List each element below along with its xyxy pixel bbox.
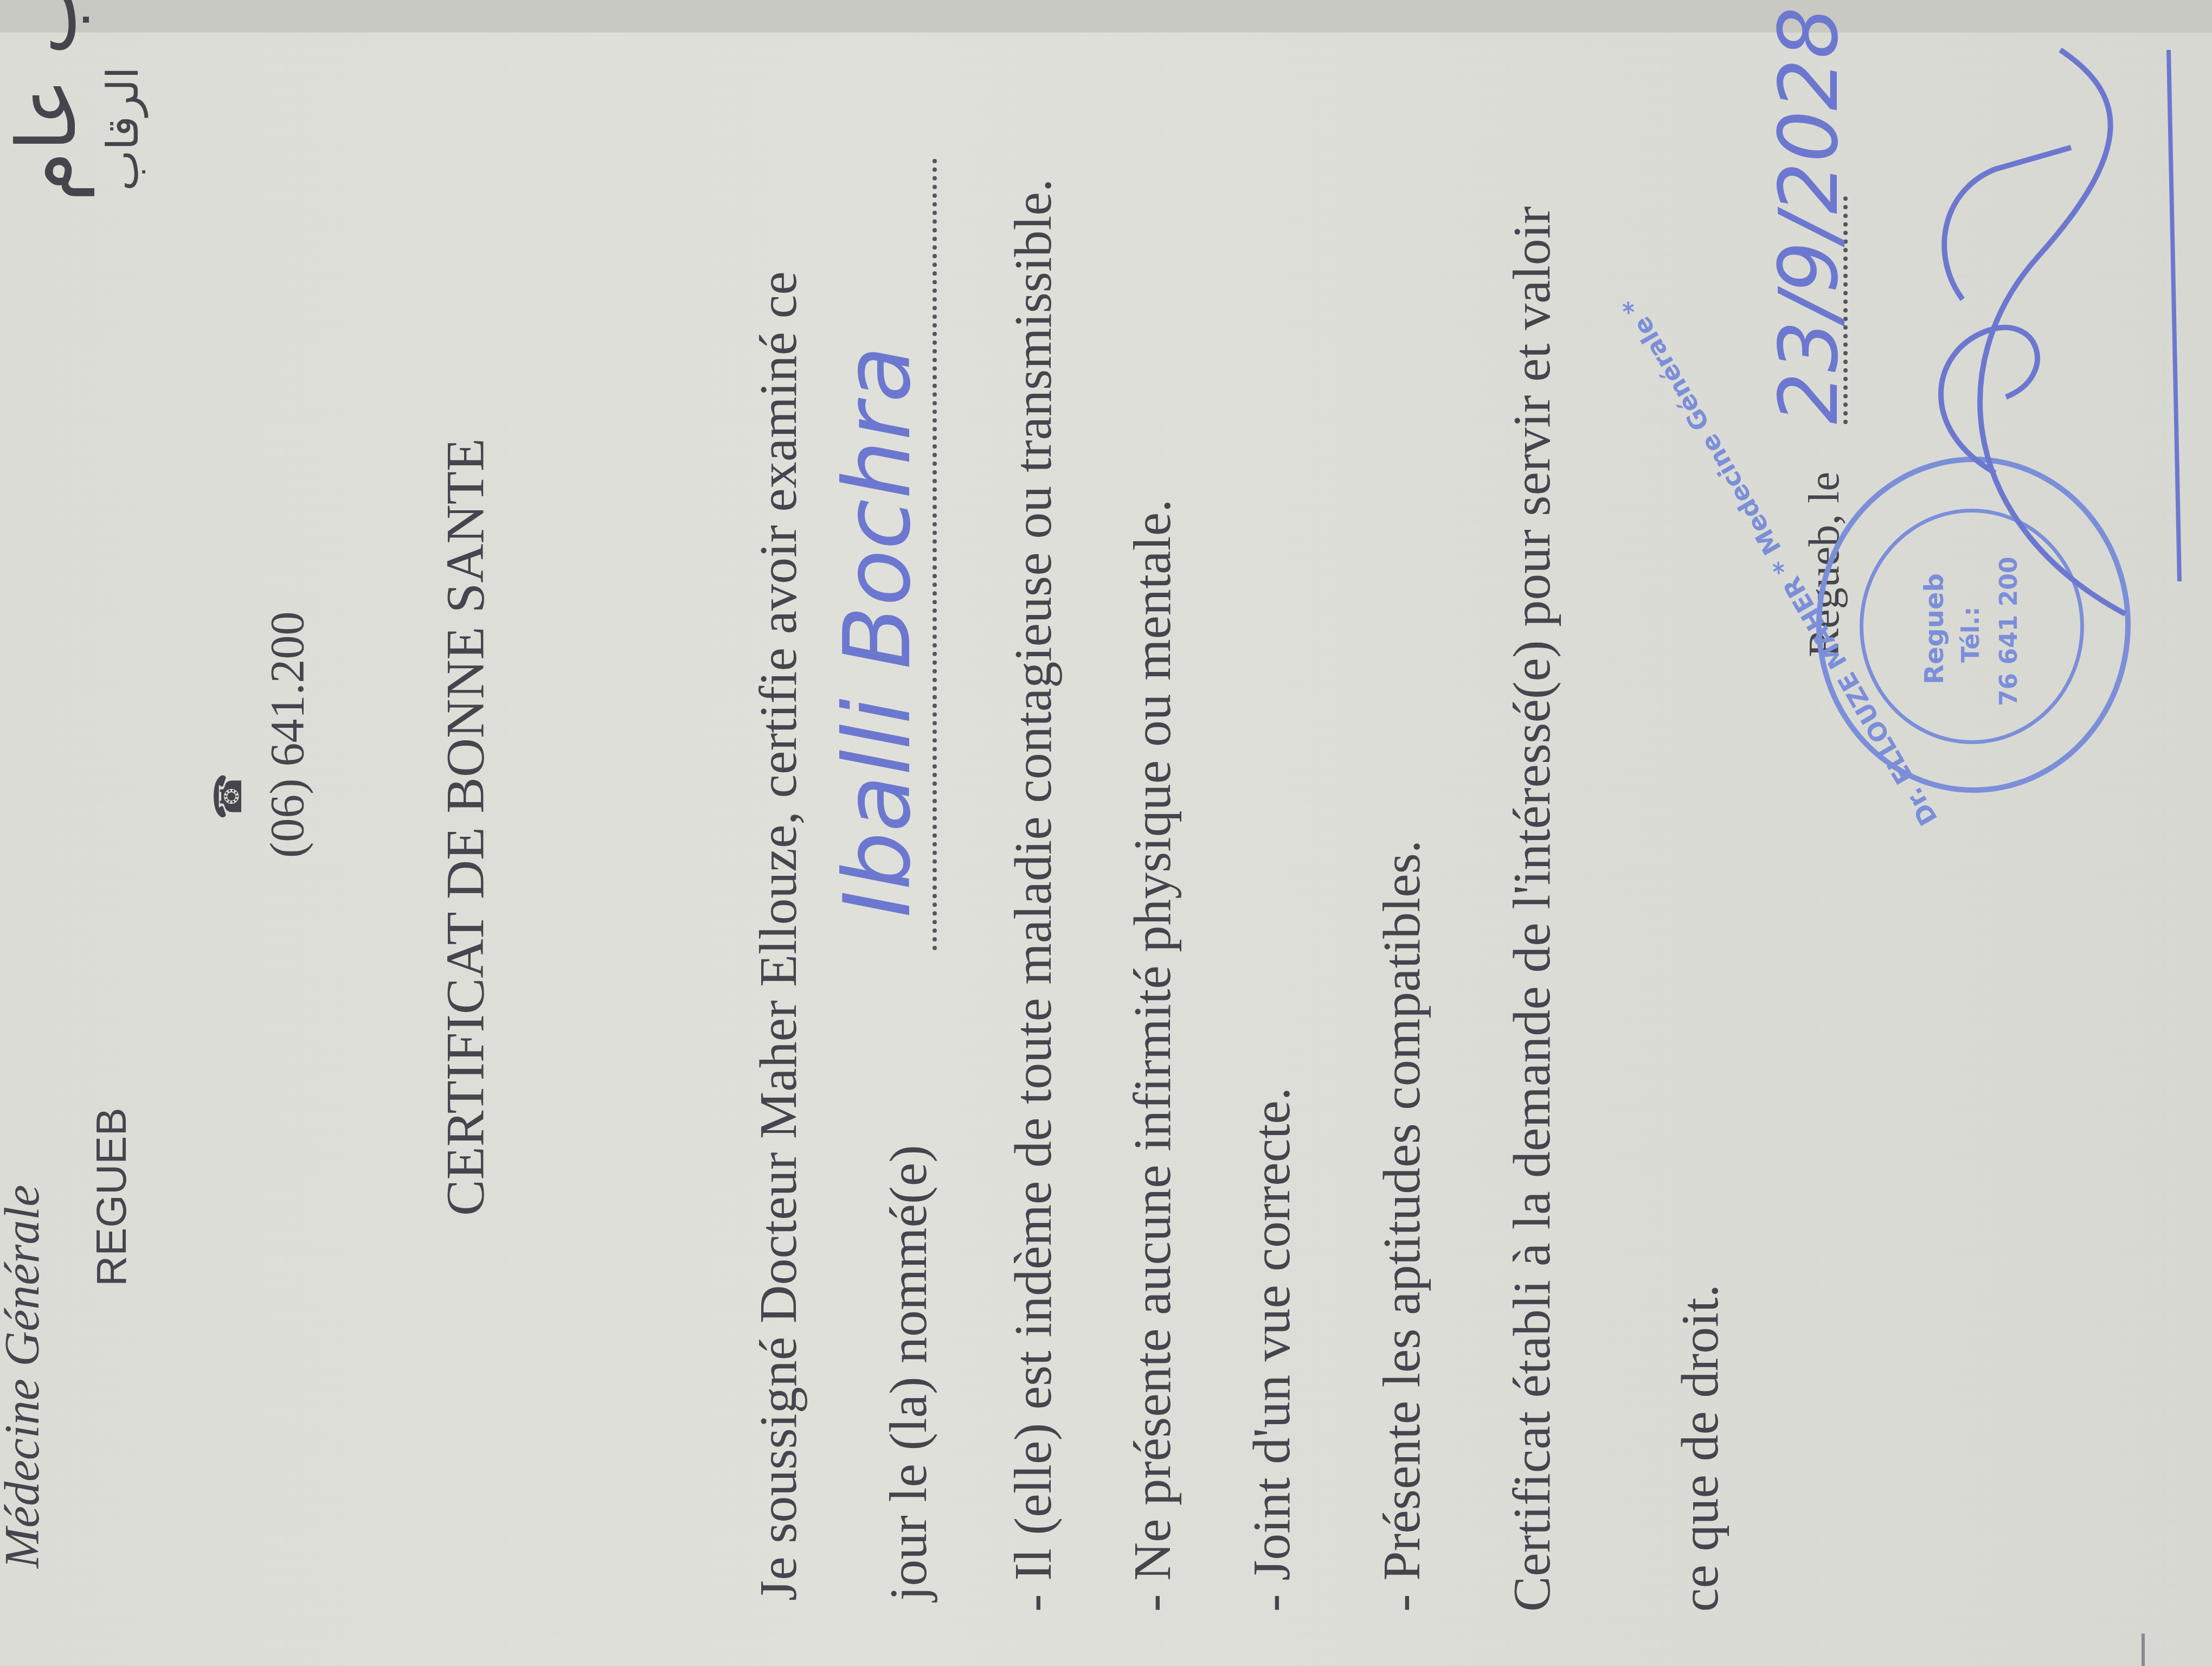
body-line-2-prefix: jour le (la) nommé(e) — [878, 1145, 939, 1601]
body-line-6: - Présente les aptitudes compatibles. — [1372, 840, 1432, 1612]
document-title: CERTIFICAT DE BONNE SANTE — [434, 438, 496, 1216]
body-line-4: - Ne présente aucune infirmité physique … — [1122, 499, 1183, 1612]
date-handwritten: 23/9/2028 — [1762, 7, 1856, 424]
doctor-signature — [1898, 39, 2201, 636]
city-label: REGUEB — [87, 1108, 136, 1286]
body-line-5: - Joint d'un vue correcte. — [1242, 1087, 1302, 1612]
rotated-document: طب عام الرقاب Médecine Générale REGUEB ☎… — [0, 0, 2212, 1666]
body-line-1: Je soussigné Docteur Maher Ellouze, cert… — [748, 271, 809, 1601]
arabic-specialty: طب عام — [0, 0, 94, 202]
arabic-city: الرقاب — [98, 67, 148, 191]
body-line-3: - Il (elle) est indème de toute maladie … — [1003, 179, 1064, 1612]
specialty-label: Médecine Générale — [0, 1185, 50, 1568]
patient-name-handwritten: Iballi Bochra — [824, 346, 931, 918]
body-line-8: ce que de droit. — [1670, 1284, 1731, 1612]
phone-number: (06) 641.200 — [260, 611, 315, 858]
patient-name-dotted-line — [933, 158, 937, 950]
telephone-icon: ☎ — [206, 773, 251, 820]
body-line-7: Certificat établi à la demande de l'inté… — [1502, 206, 1562, 1612]
binder-edge — [2142, 1633, 2212, 1666]
